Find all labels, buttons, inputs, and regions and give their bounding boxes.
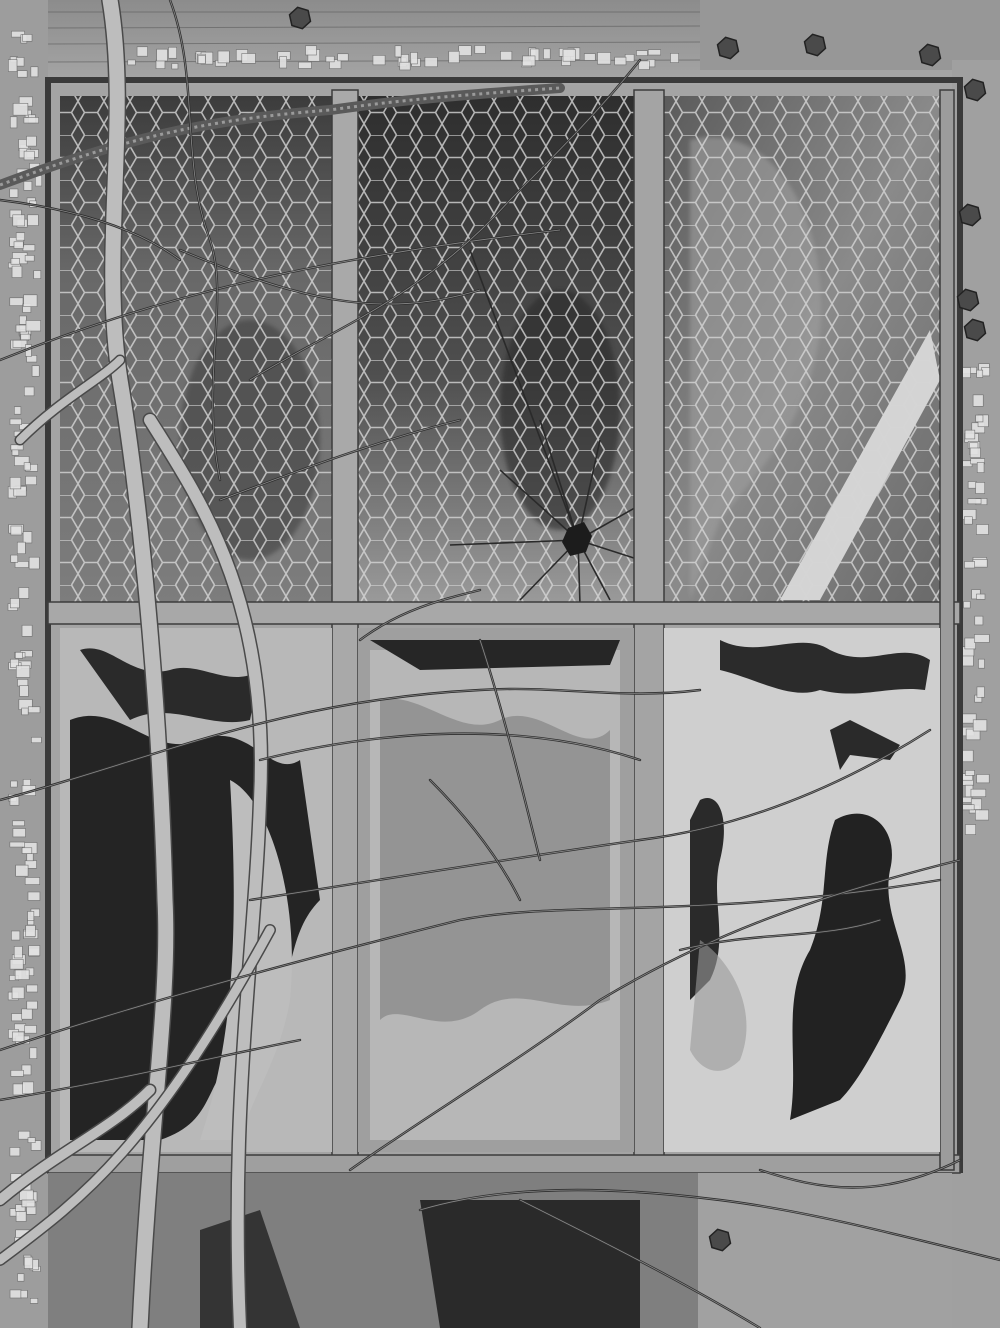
graphite-window-drawing	[0, 0, 1000, 1328]
panel-bottom-right	[664, 628, 940, 1152]
pane-top-left	[60, 96, 332, 602]
lower-wall	[48, 1173, 952, 1328]
pane-top-center	[358, 96, 640, 605]
panel-bottom-left	[60, 628, 332, 1152]
pane-top-right	[664, 96, 940, 602]
drawing-canvas	[0, 0, 1000, 1328]
